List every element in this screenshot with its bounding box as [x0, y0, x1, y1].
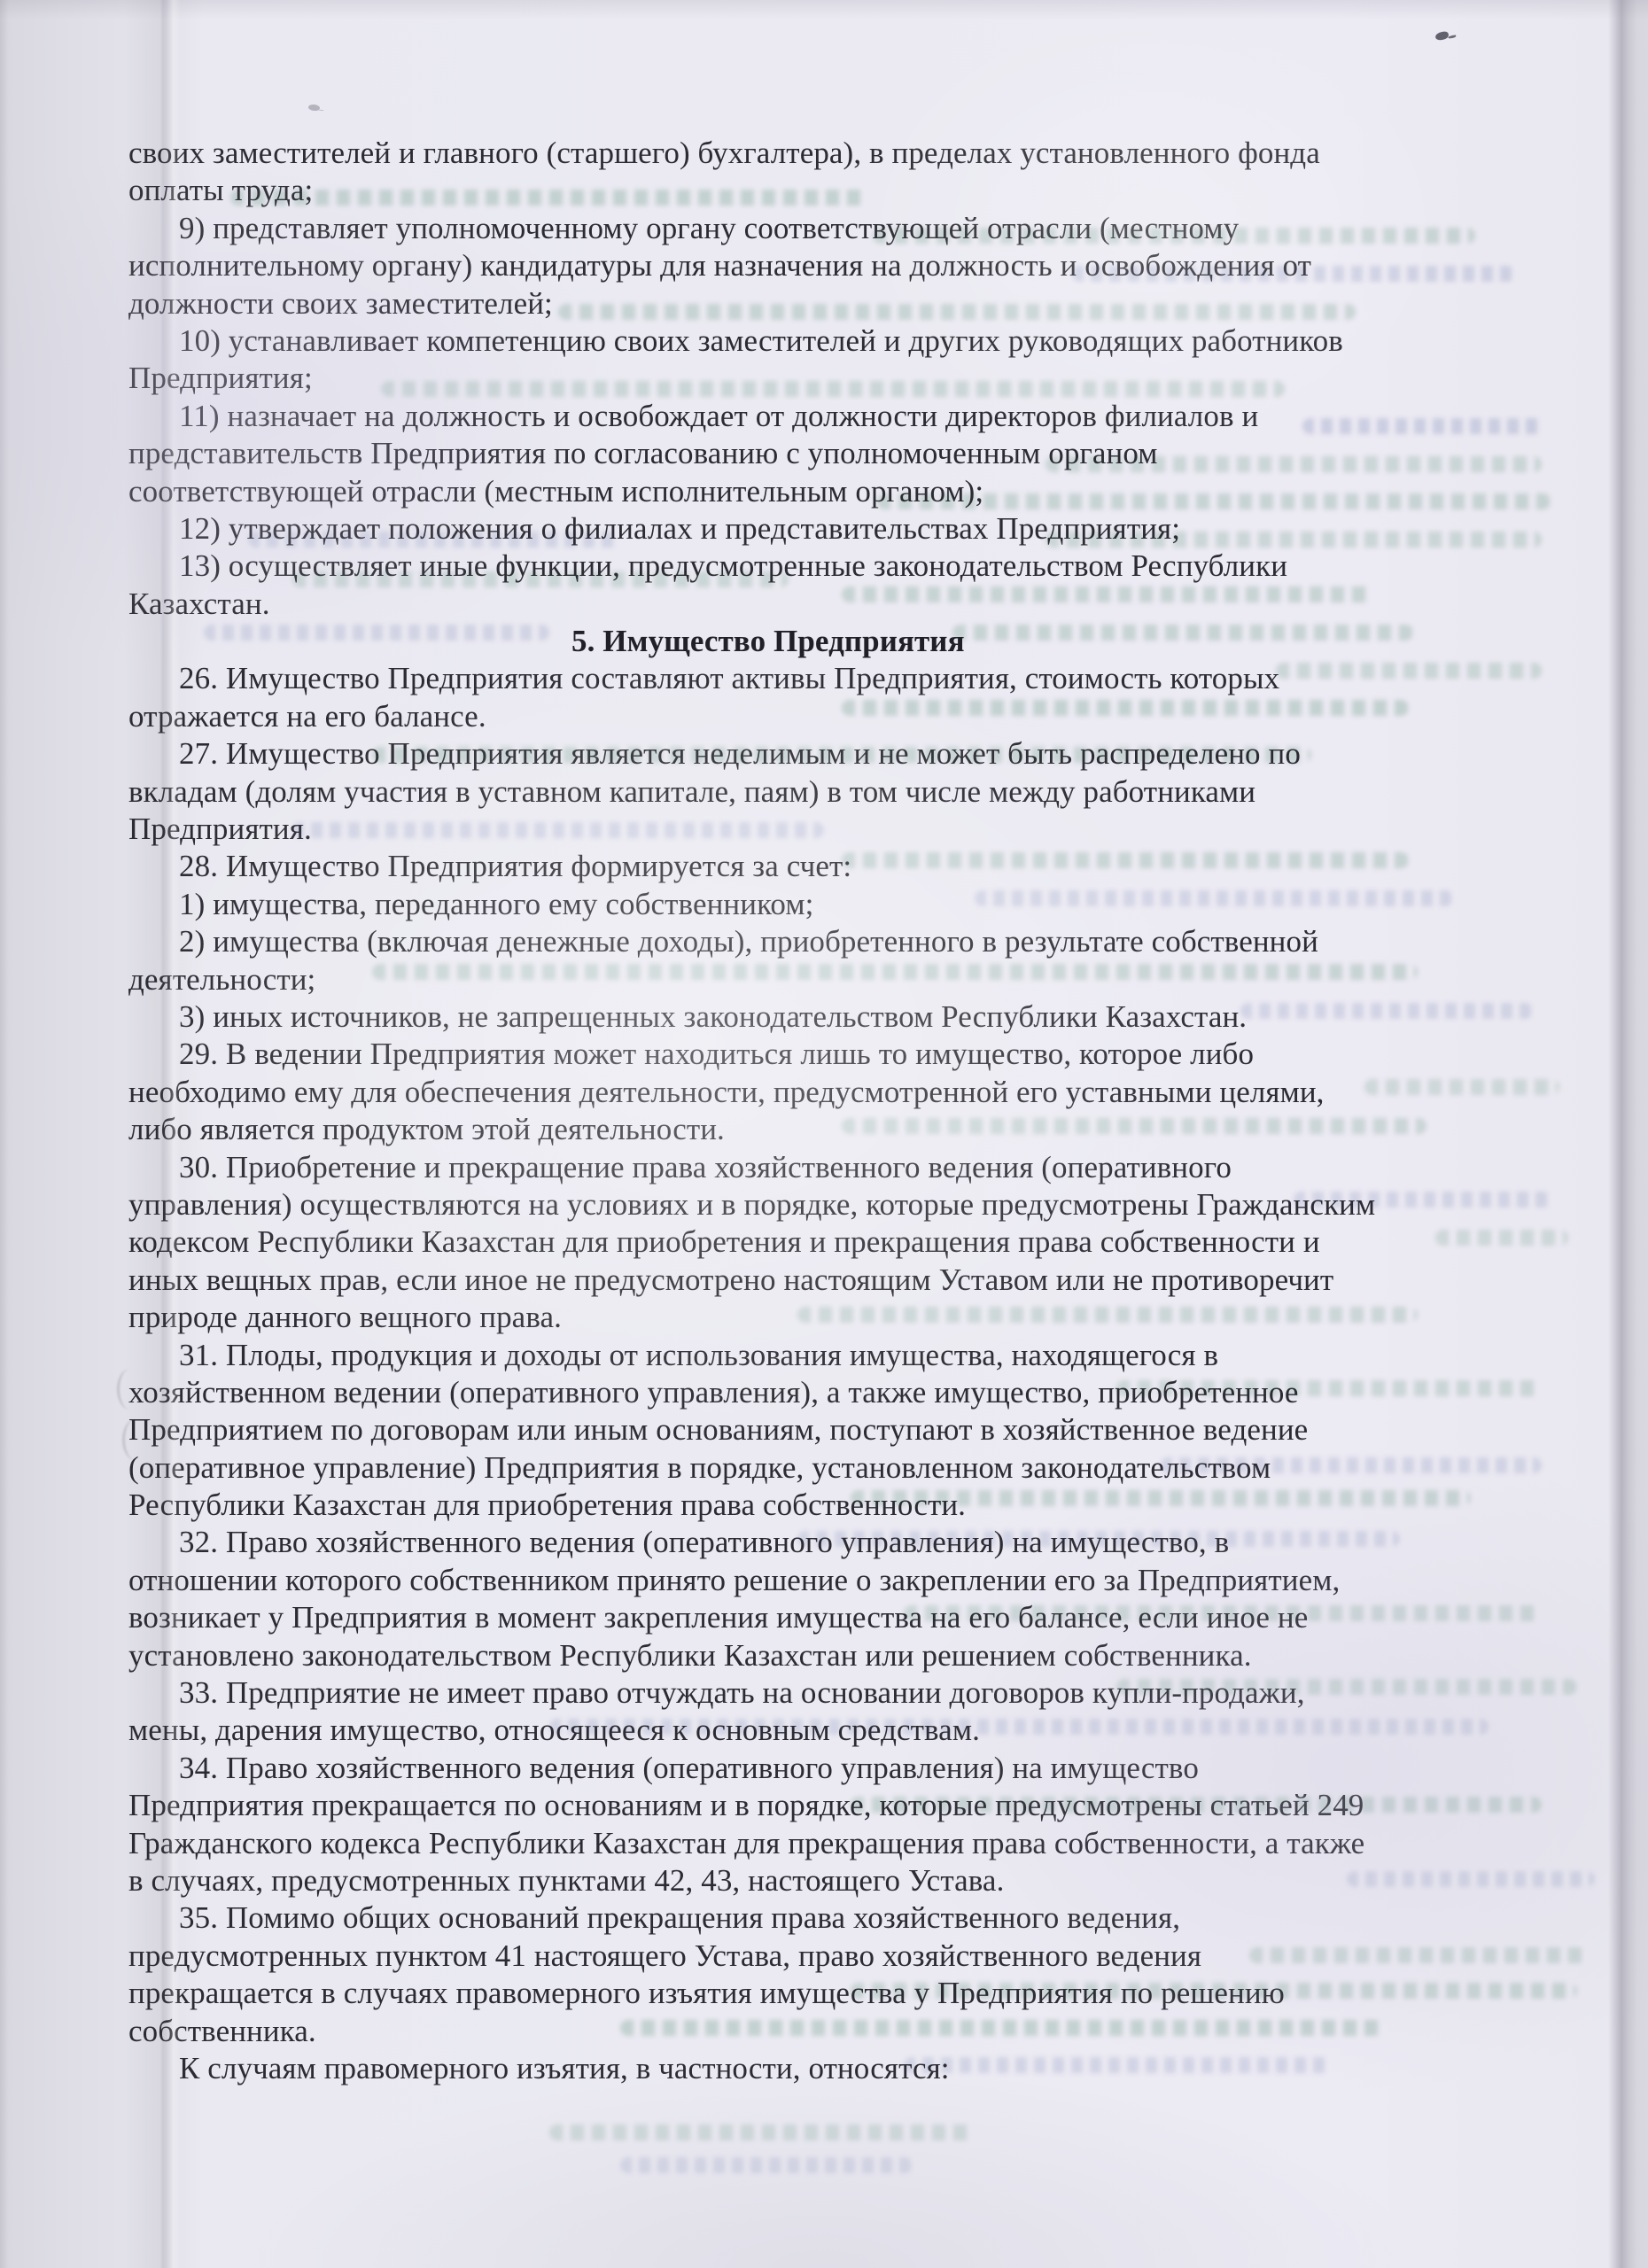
- text-line: деятельности;: [128, 961, 1568, 998]
- text-line: 13) осуществляет иные функции, предусмот…: [128, 548, 1568, 585]
- text-line: Гражданского кодекса Республики Казахста…: [128, 1825, 1568, 1862]
- text-line: в случаях, предусмотренных пунктами 42, …: [128, 1862, 1568, 1899]
- text-line: предусмотренных пунктом 41 настоящего Ус…: [128, 1938, 1568, 1975]
- text-line: 9) представляет уполномоченному органу с…: [128, 210, 1568, 247]
- text-line: необходимо ему для обеспечения деятельно…: [128, 1074, 1568, 1111]
- bleed-through-artifact: [549, 2124, 975, 2140]
- text-line: 11) назначает на должность и освобождает…: [128, 398, 1568, 435]
- text-line: 34. Право хозяйственного ведения (операт…: [128, 1750, 1568, 1787]
- text-line: хозяйственном ведении (оперативного упра…: [128, 1374, 1568, 1411]
- text-line: иных вещных прав, если иное не предусмот…: [128, 1262, 1568, 1299]
- text-line: мены, дарения имущество, относящееся к о…: [128, 1712, 1568, 1749]
- text-line: кодексом Республики Казахстан для приобр…: [128, 1223, 1568, 1261]
- text-line: Предприятия;: [128, 360, 1568, 397]
- text-line: возникает у Предприятия в момент закрепл…: [128, 1599, 1568, 1636]
- text-line: оплаты труда;: [128, 172, 1568, 209]
- text-line: Предприятия.: [128, 811, 1568, 848]
- text-line: Казахстан.: [128, 586, 1568, 623]
- text-line: 26. Имущество Предприятия составляют акт…: [128, 660, 1568, 697]
- text-line: исполнительному органу) кандидатуры для …: [128, 247, 1568, 284]
- text-line: К случаям правомерного изъятия, в частно…: [128, 2050, 1568, 2087]
- text-line: 35. Помимо общих оснований прекращения п…: [128, 1899, 1568, 1937]
- text-line: природе данного вещного права.: [128, 1299, 1568, 1336]
- text-line: должности своих заместителей;: [128, 285, 1568, 322]
- text-line: 28. Имущество Предприятия формируется за…: [128, 848, 1568, 885]
- text-line: 32. Право хозяйственного ведения (операт…: [128, 1524, 1568, 1561]
- text-line: 29. В ведении Предприятия может находить…: [128, 1036, 1568, 1073]
- text-line: собственника.: [128, 2013, 1568, 2050]
- text-line: управления) осуществляются на условиях и…: [128, 1186, 1568, 1223]
- text-line: 31. Плоды, продукция и доходы от использ…: [128, 1337, 1568, 1374]
- bleed-through-artifact: [620, 2157, 913, 2173]
- text-line: либо является продуктом этой деятельност…: [128, 1111, 1568, 1148]
- text-line: Предприятием по договорам или иным основ…: [128, 1411, 1568, 1449]
- text-line: установлено законодательством Республики…: [128, 1637, 1568, 1674]
- text-line: прекращается в случаях правомерного изъя…: [128, 1975, 1568, 2012]
- text-line: 27. Имущество Предприятия является недел…: [128, 735, 1568, 773]
- text-line: Республики Казахстан для приобретения пр…: [128, 1487, 1568, 1524]
- text-line: 30. Приобретение и прекращение права хоз…: [128, 1149, 1568, 1186]
- text-line: Предприятия прекращается по основаниям и…: [128, 1787, 1568, 1824]
- text-line: отражается на его балансе.: [128, 698, 1568, 735]
- document-text: своих заместителей и главного (старшего)…: [128, 135, 1568, 2087]
- text-line: представительств Предприятия по согласов…: [128, 435, 1568, 472]
- text-line: 12) утверждает положения о филиалах и пр…: [128, 510, 1568, 548]
- section-heading: 5. Имущество Предприятия: [128, 623, 1568, 660]
- text-line: (оперативное управление) Предприятия в п…: [128, 1449, 1568, 1487]
- text-line: 1) имущества, переданного ему собственни…: [128, 886, 1568, 923]
- text-line: отношении которого собственником принято…: [128, 1562, 1568, 1599]
- text-line: 2) имущества (включая денежные доходы), …: [128, 923, 1568, 960]
- text-line: вкладам (долям участия в уставном капита…: [128, 773, 1568, 811]
- text-line: 33. Предприятие не имеет право отчуждать…: [128, 1674, 1568, 1712]
- text-line: своих заместителей и главного (старшего)…: [128, 135, 1568, 172]
- text-line: соответствующей отрасли (местным исполни…: [128, 473, 1568, 510]
- text-line: 3) иных источников, не запрещенных закон…: [128, 998, 1568, 1036]
- text-line: 10) устанавливает компетенцию своих заме…: [128, 322, 1568, 360]
